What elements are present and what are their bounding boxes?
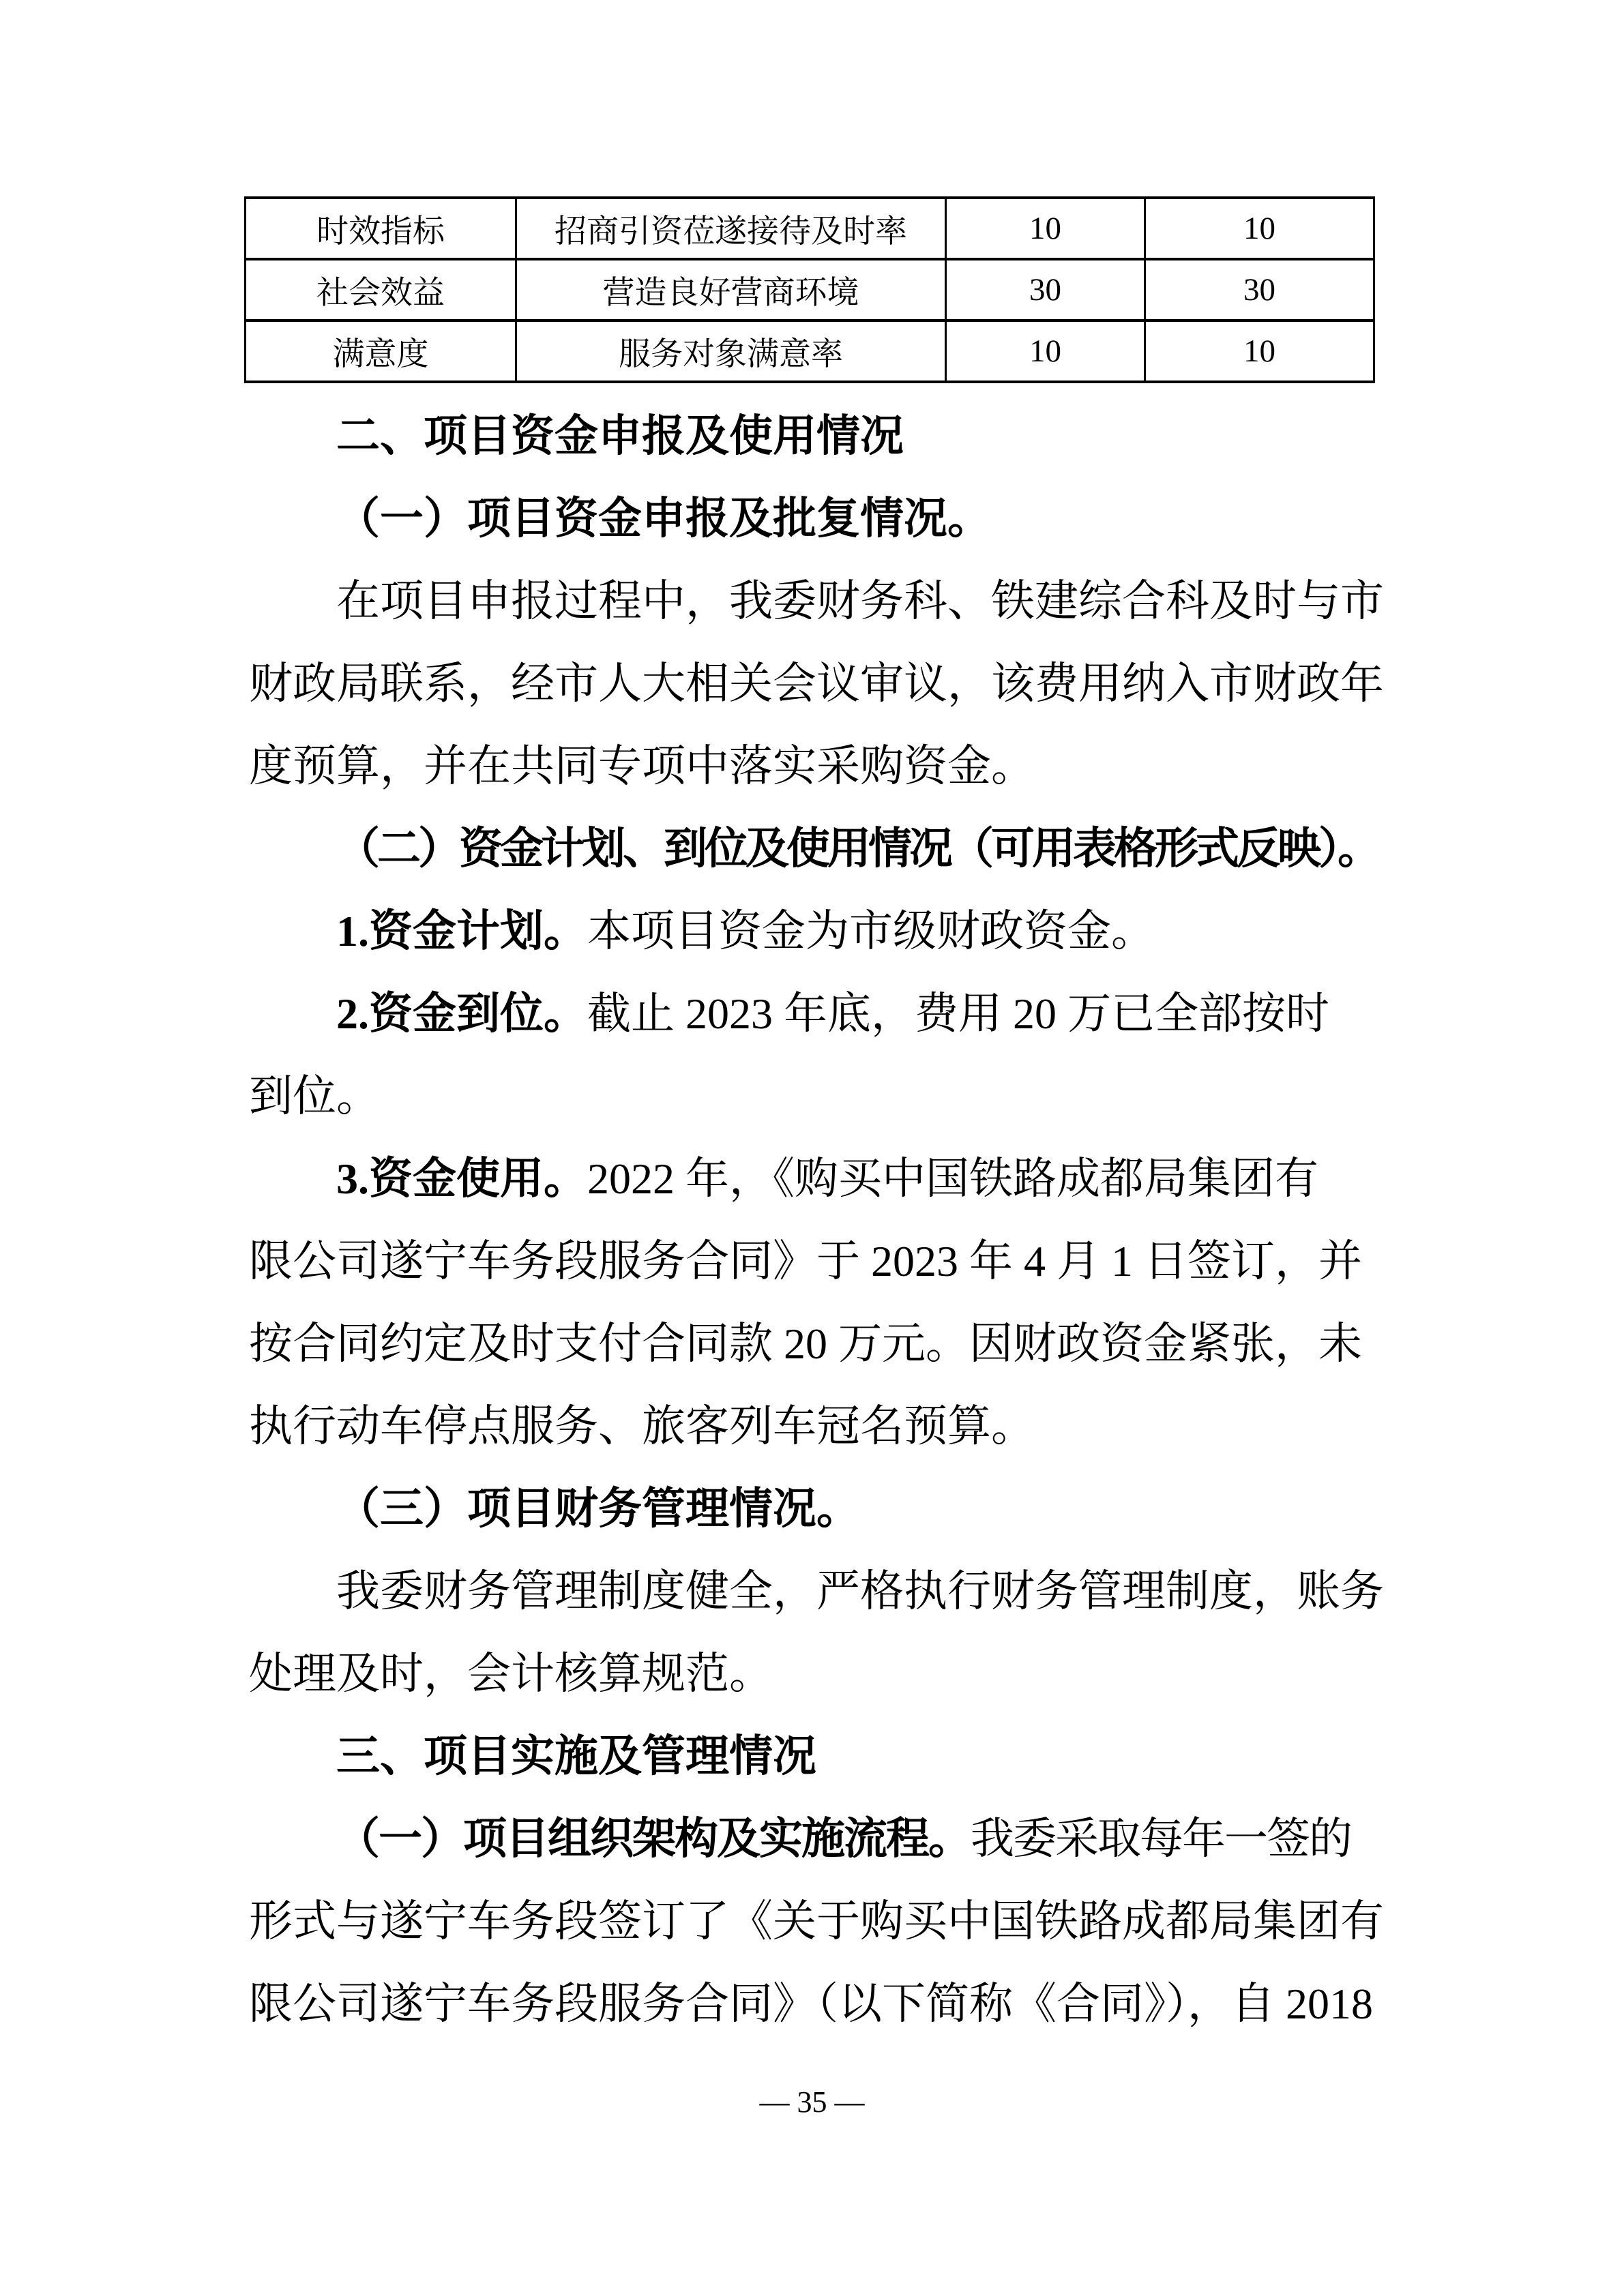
text-run: 本项目资金为市级财政资金。 [587, 907, 1155, 955]
para-fund-usage-line: 执行动车停点服务、旅客列车冠名预算。 [249, 1385, 1402, 1467]
heading-text: 三、项目实施及管理情况 [336, 1731, 816, 1780]
cell-weight: 10 [946, 320, 1145, 382]
text-run: 我委采取每年一签的 [971, 1815, 1351, 1863]
text-run: 财政局联系，经市人大相关会议审议，该费用纳入市财政年 [249, 659, 1384, 708]
text-run: 限公司遂宁车务段服务合同》（以下简称《合同》），自 2018 [249, 1980, 1373, 2028]
text-run: 我委财务管理制度健全，严格执行财务管理制度，账务 [336, 1567, 1384, 1615]
bold-run: 1.资金计划。 [336, 907, 587, 955]
cell-indicator: 招商引资莅遂接待及时率 [516, 198, 946, 259]
para-funding-application-line: 财政局联系，经市人大相关会议审议，该费用纳入市财政年 [249, 642, 1402, 725]
heading-text: （一）项目组织架构及实施流程。 [336, 1815, 971, 1863]
document-page: { "colors": { "text": "#000000", "backgr… [0, 0, 1624, 2296]
text-run: 2022 年，《购买中国铁路成都局集团有 [587, 1154, 1318, 1203]
text-run: 度预算，并在共同专项中落实采购资金。 [249, 742, 1035, 790]
para-fund-arrival-line: 到位。 [249, 1055, 1402, 1137]
heading-text: （一）项目资金申报及批复情况。 [336, 494, 991, 543]
para-org-structure-line: 限公司遂宁车务段服务合同》（以下简称《合同》），自 2018 [249, 1963, 1402, 2045]
text-run: 到位。 [249, 1072, 380, 1120]
para-org-structure-line: 形式与遂宁车务段签订了《关于购买中国铁路成都局集团有 [249, 1880, 1402, 1963]
cell-weight: 30 [946, 259, 1145, 320]
document-body: 二、项目资金申报及使用情况 （一）项目资金申报及批复情况。 在项目申报过程中，我… [249, 395, 1402, 2045]
cell-score: 30 [1145, 259, 1374, 320]
table-row: 时效指标 招商引资莅遂接待及时率 10 10 [246, 198, 1374, 259]
text-run: 处理及时，会计核算规范。 [249, 1650, 773, 1698]
cell-weight: 10 [946, 198, 1145, 259]
cell-category: 时效指标 [246, 198, 516, 259]
heading-3-1-line: （一）项目组织架构及实施流程。我委采取每年一签的 [249, 1798, 1402, 1880]
cell-category: 满意度 [246, 320, 516, 382]
cell-indicator: 服务对象满意率 [516, 320, 946, 382]
bold-run: 2.资金到位。 [336, 989, 587, 1038]
text-run: 在项目申报过程中，我委财务科、铁建综合科及时与市 [336, 577, 1384, 625]
text-run: 限公司遂宁车务段服务合同》于 2023 年 4 月 1 日签订，并 [249, 1237, 1362, 1285]
bold-run: 3.资金使用。 [336, 1154, 587, 1203]
para-fund-arrival-line: 2.资金到位。截止 2023 年底，费用 20 万已全部按时 [249, 972, 1402, 1055]
text-run: 形式与遂宁车务段签订了《关于购买中国铁路成都局集团有 [249, 1897, 1384, 1945]
heading-2-3: （三）项目财务管理情况。 [249, 1467, 1402, 1550]
para-financial-mgmt-line: 处理及时，会计核算规范。 [249, 1632, 1402, 1715]
para-fund-usage-line: 按合同约定及时支付合同款 20 万元。因财政资金紧张，未 [249, 1302, 1402, 1385]
para-fund-usage-line: 限公司遂宁车务段服务合同》于 2023 年 4 月 1 日签订，并 [249, 1220, 1402, 1302]
cell-category: 社会效益 [246, 259, 516, 320]
performance-indicator-table: 时效指标 招商引资莅遂接待及时率 10 10 社会效益 营造良好营商环境 30 … [244, 196, 1375, 383]
table-row: 社会效益 营造良好营商环境 30 30 [246, 259, 1374, 320]
para-funding-application-line: 度预算，并在共同专项中落实采购资金。 [249, 725, 1402, 807]
cell-score: 10 [1145, 320, 1374, 382]
heading-section-2: 二、项目资金申报及使用情况 [249, 395, 1402, 477]
cell-score: 10 [1145, 198, 1374, 259]
para-financial-mgmt-line: 我委财务管理制度健全，严格执行财务管理制度，账务 [249, 1550, 1402, 1632]
heading-section-3: 三、项目实施及管理情况 [249, 1715, 1402, 1798]
page-number: — 35 — [0, 2082, 1624, 2123]
text-run: 执行动车停点服务、旅客列车冠名预算。 [249, 1402, 1035, 1450]
para-fund-usage-line: 3.资金使用。2022 年，《购买中国铁路成都局集团有 [249, 1137, 1402, 1220]
heading-text: （二）资金计划、到位及使用情况（可用表格形式反映）。 [336, 824, 1378, 873]
text-run: 按合同约定及时支付合同款 20 万元。因财政资金紧张，未 [249, 1320, 1362, 1368]
heading-2-2: （二）资金计划、到位及使用情况（可用表格形式反映）。 [249, 807, 1402, 890]
table-row: 满意度 服务对象满意率 10 10 [246, 320, 1374, 382]
cell-indicator: 营造良好营商环境 [516, 259, 946, 320]
heading-text: 二、项目资金申报及使用情况 [336, 411, 904, 460]
heading-text: （三）项目财务管理情况。 [336, 1485, 860, 1533]
heading-2-1: （一）项目资金申报及批复情况。 [249, 477, 1402, 560]
para-fund-plan-line: 1.资金计划。本项目资金为市级财政资金。 [249, 890, 1402, 972]
para-funding-application-line: 在项目申报过程中，我委财务科、铁建综合科及时与市 [249, 560, 1402, 642]
text-run: 截止 2023 年底，费用 20 万已全部按时 [587, 989, 1329, 1038]
